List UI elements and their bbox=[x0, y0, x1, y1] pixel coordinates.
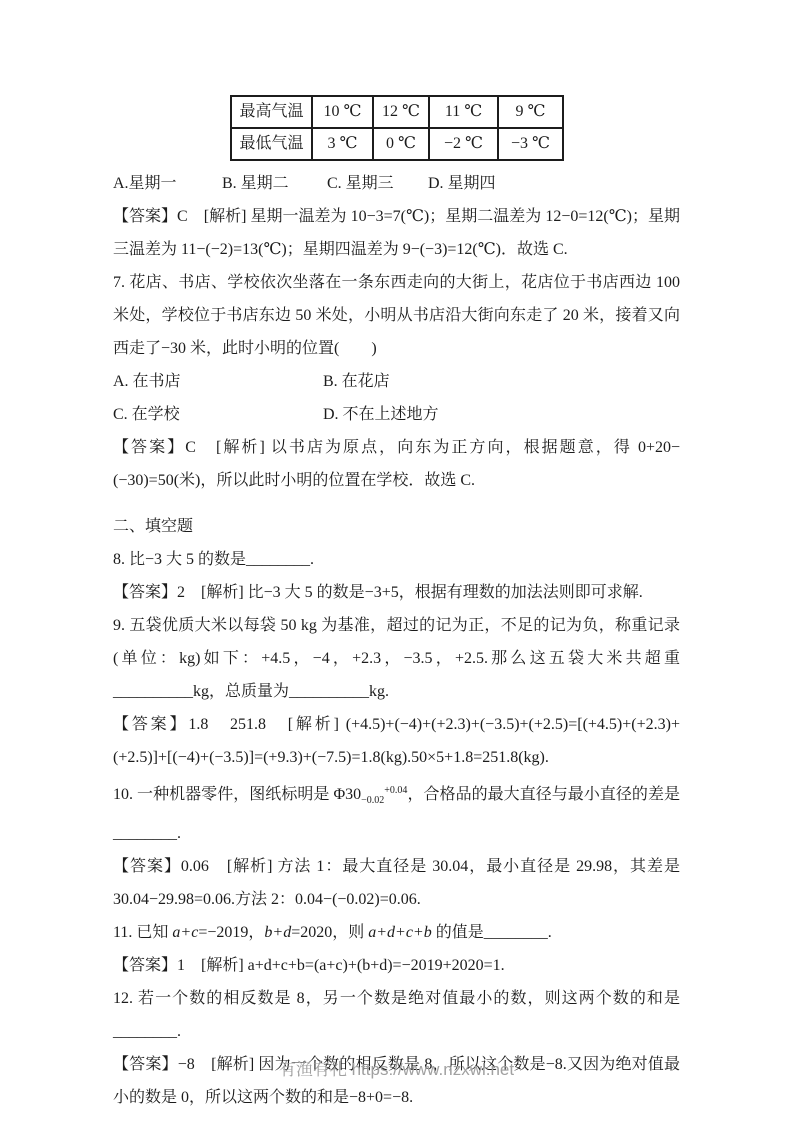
q9-text: 9. 五袋优质大米以每袋 50 kg 为基准，超过的记为正，不足的记为负，称重记… bbox=[113, 609, 680, 708]
q10-text-prefix: 10. 一种机器零件，图纸标明是 Φ30 bbox=[113, 786, 361, 803]
table-row-high-temp: 最高气温 10 ℃ 12 ℃ 11 ℃ 9 ℃ bbox=[231, 96, 563, 128]
worksheet-page: 最高气温 10 ℃ 12 ℃ 11 ℃ 9 ℃ 最低气温 3 ℃ 0 ℃ −2 … bbox=[0, 0, 793, 1122]
q11-math-expression: b+d bbox=[264, 924, 291, 941]
q7-options-row-1: A. 在书店 B. 在花店 bbox=[113, 365, 680, 398]
q7-option-c: C. 在学校 bbox=[113, 398, 323, 431]
q10-tolerance-superscript: +0.04 bbox=[384, 785, 407, 796]
q7-option-a: A. 在书店 bbox=[113, 365, 323, 398]
q7-options-row-2: C. 在学校 D. 不在上述地方 bbox=[113, 398, 680, 431]
row-header-high-temp: 最高气温 bbox=[231, 96, 312, 128]
q6-option-b: B. 星期二 bbox=[222, 167, 327, 200]
table-cell: −2 ℃ bbox=[429, 128, 498, 160]
q6-answer: 【答案】C [解析] 星期一温差为 10−3=7(℃)；星期二温差为 12−0=… bbox=[113, 200, 680, 266]
q7-answer: 【答案】C [解析] 以书店为原点，向东为正方向，根据题意，得 0+20−(−3… bbox=[113, 431, 680, 497]
q11-text-part: =−2019， bbox=[198, 924, 264, 941]
q9-answer: 【答案】1.8 251.8 [解析] (+4.5)+(−4)+(+2.3)+(−… bbox=[113, 708, 680, 774]
table-cell: 3 ℃ bbox=[312, 128, 373, 160]
row-header-low-temp: 最低气温 bbox=[231, 128, 312, 160]
q10-tolerance-subscript: −0.02 bbox=[361, 795, 384, 806]
table-cell: 9 ℃ bbox=[498, 96, 563, 128]
q11-math-expression: a+c bbox=[172, 924, 198, 941]
q6-option-a: A.星期一 bbox=[113, 167, 222, 200]
table-cell: −3 ℃ bbox=[498, 128, 563, 160]
q11-answer: 【答案】1 [解析] a+d+c+b=(a+c)+(b+d)=−2019+202… bbox=[113, 949, 680, 982]
table-cell: 10 ℃ bbox=[312, 96, 373, 128]
q11-text-part: 11. 已知 bbox=[113, 924, 172, 941]
q11-text-part: =2020，则 bbox=[291, 924, 368, 941]
footer-watermark: 有渔有礼 https://www.nzxwl.net bbox=[0, 1058, 793, 1082]
q11-text: 11. 已知 a+c=−2019，b+d=2020，则 a+d+c+b 的值是_… bbox=[113, 916, 680, 949]
q7-text: 7. 花店、书店、学校依次坐落在一条东西走向的大街上，花店位于书店西边 100 … bbox=[113, 266, 680, 365]
q11-math-expression: a+d+c+b bbox=[368, 924, 432, 941]
q6-option-d: D. 星期四 bbox=[428, 167, 680, 200]
table-cell: 0 ℃ bbox=[373, 128, 429, 160]
q11-text-part: 的值是________. bbox=[432, 924, 552, 941]
q6-options-row: A.星期一 B. 星期二 C. 星期三 D. 星期四 bbox=[113, 167, 680, 200]
q10-text: 10. 一种机器零件，图纸标明是 Φ30−0.02+0.04，合格品的最大直径与… bbox=[113, 774, 680, 850]
table-cell: 12 ℃ bbox=[373, 96, 429, 128]
q7-option-b: B. 在花店 bbox=[323, 365, 680, 398]
q8-answer: 【答案】2 [解析] 比−3 大 5 的数是−3+5，根据有理数的加法法则即可求… bbox=[113, 576, 680, 609]
table-cell: 11 ℃ bbox=[429, 96, 498, 128]
q6-option-c: C. 星期三 bbox=[327, 167, 428, 200]
footer-text: 有渔有礼 https://www.nzxwl.net bbox=[279, 1060, 514, 1079]
table-row-low-temp: 最低气温 3 ℃ 0 ℃ −2 ℃ −3 ℃ bbox=[231, 128, 563, 160]
temperature-table: 最高气温 10 ℃ 12 ℃ 11 ℃ 9 ℃ 最低气温 3 ℃ 0 ℃ −2 … bbox=[230, 95, 564, 161]
q7-option-d: D. 不在上述地方 bbox=[323, 398, 680, 431]
section-title-fill-in-blank: 二、填空题 bbox=[113, 510, 680, 543]
q8-text: 8. 比−3 大 5 的数是________. bbox=[113, 543, 680, 576]
q12-text: 12. 若一个数的相反数是 8，另一个数是绝对值最小的数，则这两个数的和是___… bbox=[113, 982, 680, 1048]
q10-answer: 【答案】0.06 [解析] 方法 1：最大直径是 30.04，最小直径是 29.… bbox=[113, 850, 680, 916]
